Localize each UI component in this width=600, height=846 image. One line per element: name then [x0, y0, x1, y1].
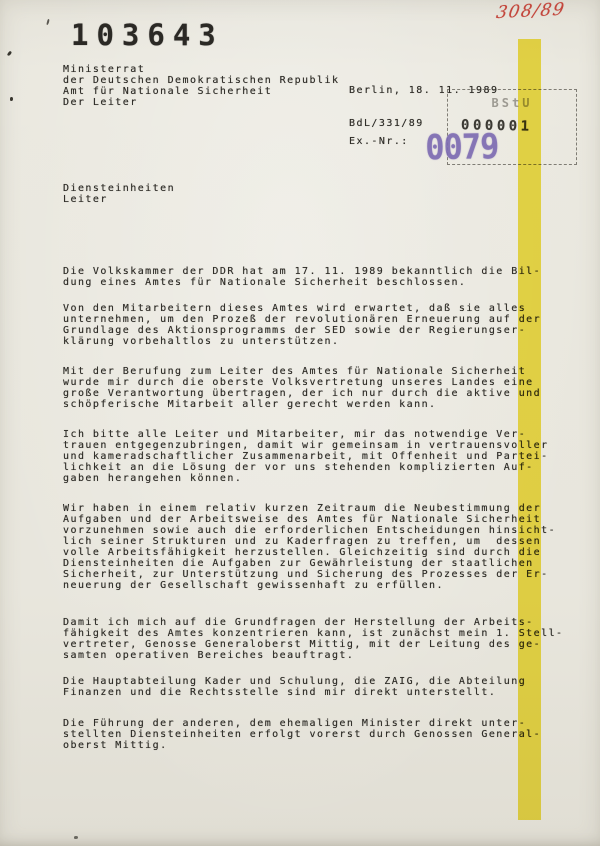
ink-speck [10, 97, 13, 101]
body-paragraph-8: Die Führung der anderen, dem ehemaligen … [63, 718, 541, 751]
body-paragraph-4: Ich bitte alle Leiter und Mitarbeiter, m… [63, 429, 549, 484]
body-paragraph-7: Die Hauptabteilung Kader und Schulung, d… [63, 676, 526, 698]
body-paragraph-5: Wir haben in einem relativ kurzen Zeitra… [63, 503, 556, 591]
recipient-block: Diensteinheiten Leiter [63, 183, 175, 205]
ink-speck [46, 19, 49, 25]
registration-number-stamp: 103643 [71, 18, 224, 52]
body-paragraph-3: Mit der Berufung zum Leiter des Amtes fü… [63, 366, 541, 410]
sender-address-block: Ministerrat der Deutschen Demokratischen… [63, 64, 339, 108]
body-paragraph-2: Von den Mitarbeitern dieses Amtes wird e… [63, 303, 541, 347]
ink-speck [74, 836, 78, 839]
ex-nr-value-stamp: 0079 [425, 126, 499, 168]
ex-nr-label: Ex.-Nr.: [349, 136, 409, 147]
ink-speck [7, 51, 12, 57]
scanned-letter-page: 103643 308/89 Ministerrat der Deutschen … [0, 0, 600, 846]
body-paragraph-1: Die Volkskammer der DDR hat am 17. 11. 1… [63, 266, 541, 288]
body-paragraph-6: Damit ich mich auf die Grundfragen der H… [63, 617, 564, 661]
handwritten-note: 308/89 [495, 0, 567, 23]
bstu-stamp-label: BStU [448, 96, 576, 110]
